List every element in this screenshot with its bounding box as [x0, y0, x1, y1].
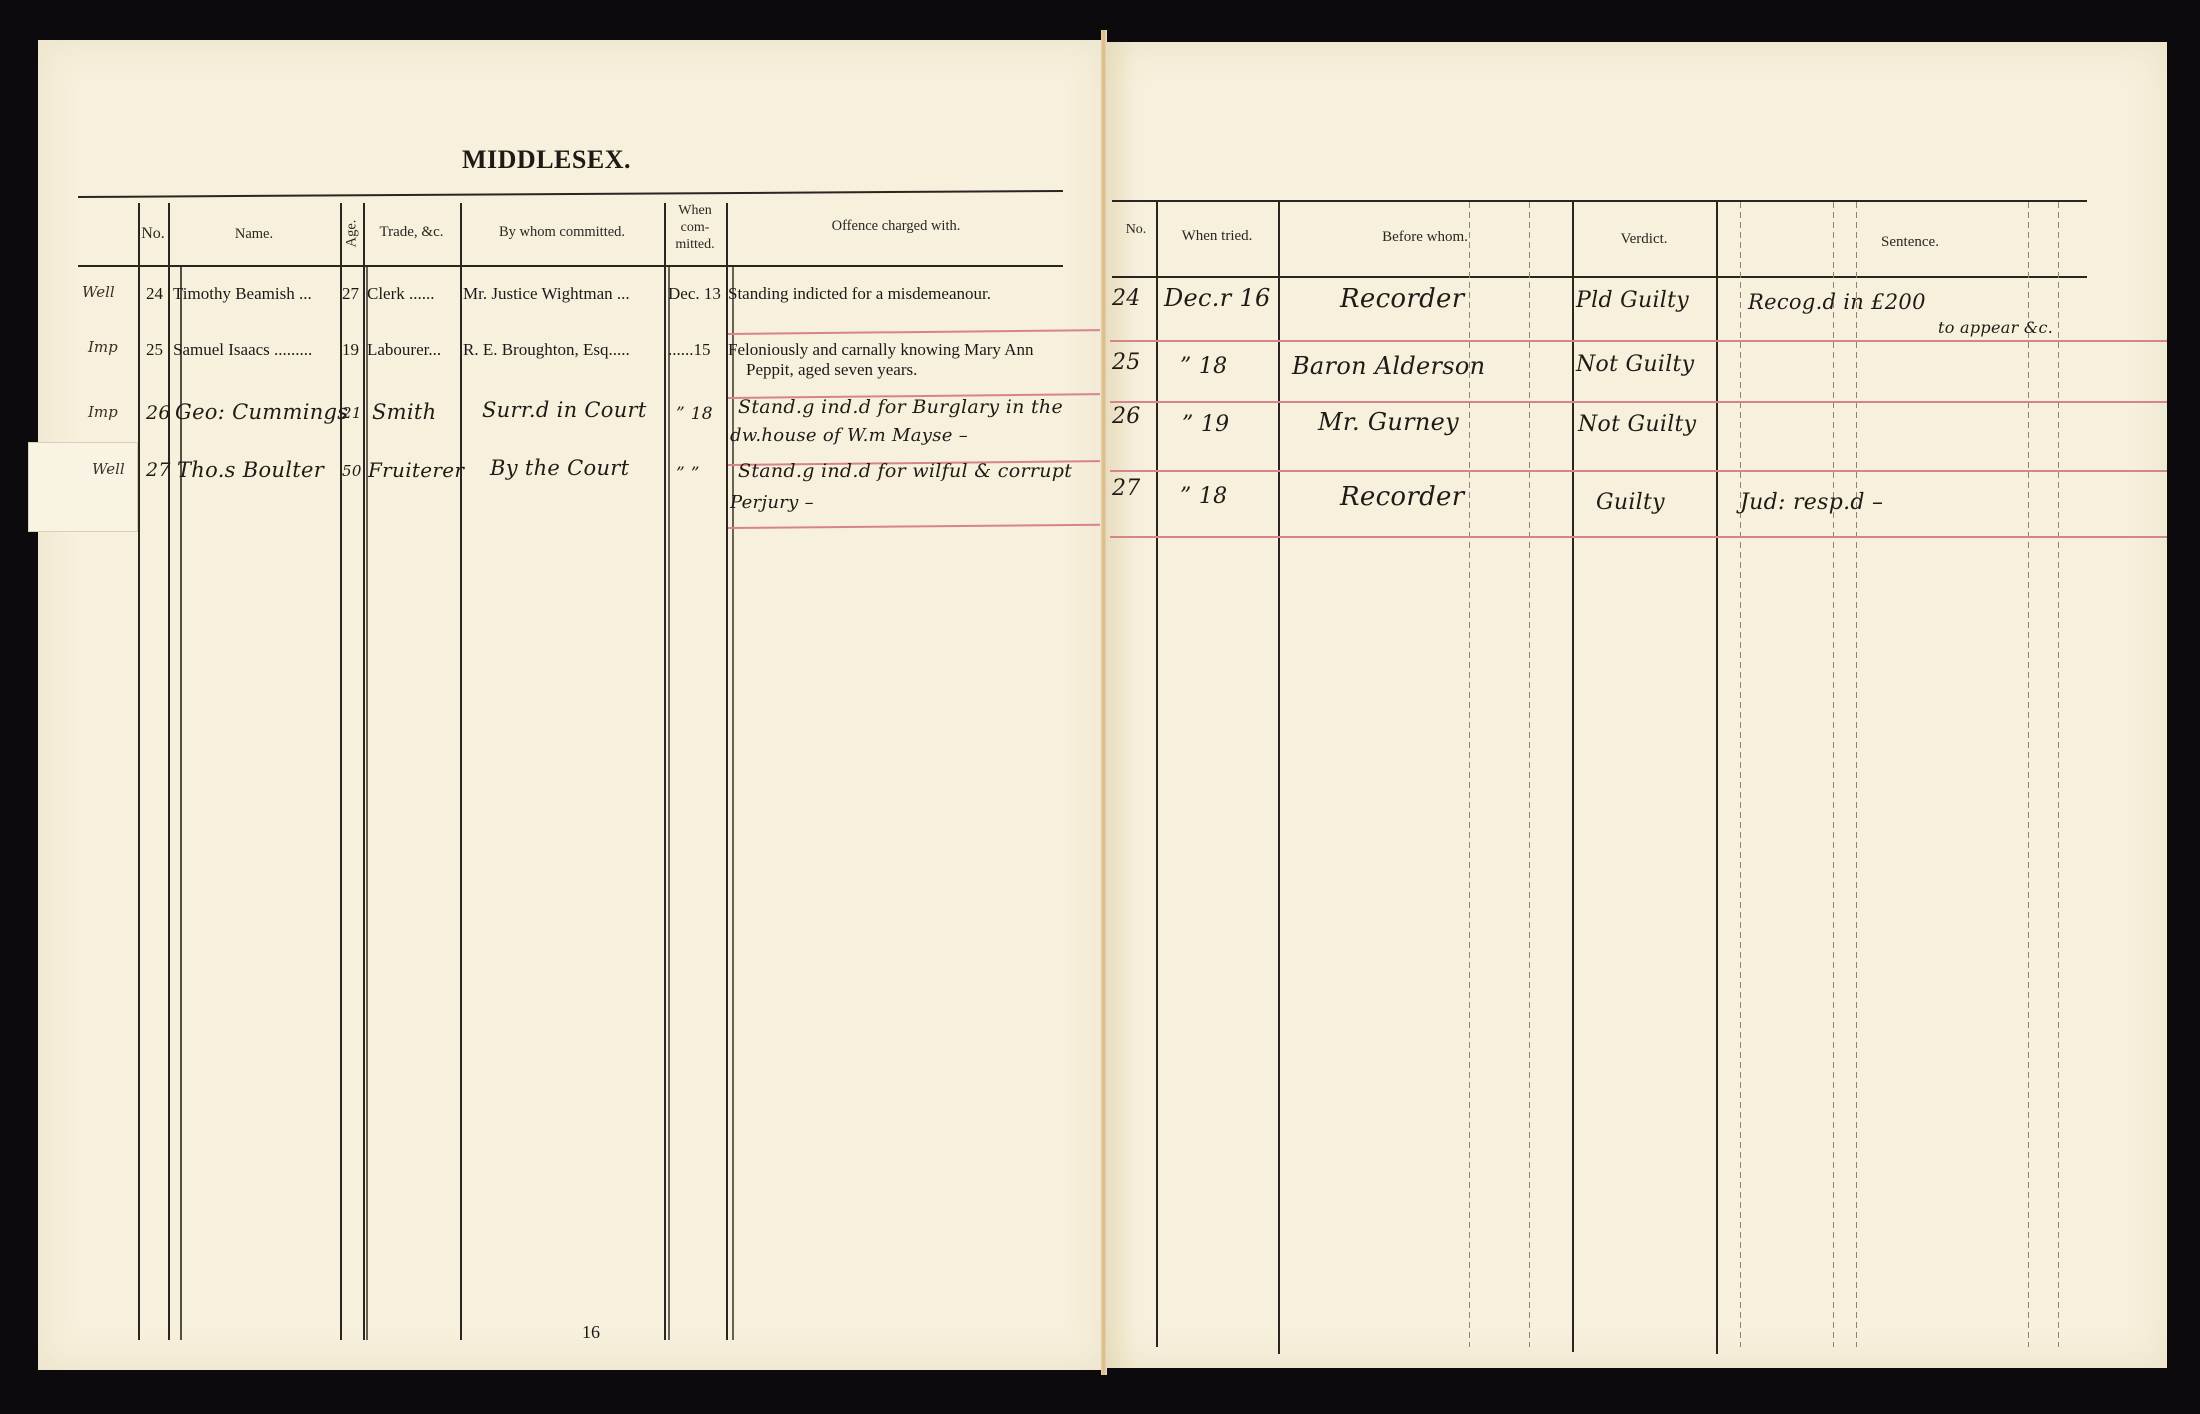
row-verdict: Guilty: [1596, 490, 1665, 515]
row-when-tried: Dec.r 16: [1164, 284, 1271, 312]
row-when-committed: ......15: [668, 340, 711, 360]
page-number: 16: [582, 1322, 600, 1343]
county-title: MIDDLESEX.: [462, 145, 631, 175]
row-age: 50: [342, 462, 362, 480]
header-line: com-: [664, 219, 726, 236]
column-divider: [168, 203, 170, 1340]
red-row-rule: [1110, 401, 2167, 403]
column-divider-dashed: [1740, 202, 1741, 1347]
col-header-no: No.: [1116, 222, 1156, 238]
col-header-trade: Trade, &c.: [363, 224, 460, 241]
column-divider: [180, 265, 182, 1340]
row-when-committed: ” 18: [676, 404, 713, 424]
row-age: 19: [342, 340, 359, 360]
col-header-verdict: Verdict.: [1572, 231, 1716, 248]
row-no: 25: [146, 340, 163, 360]
row-when-tried: ” 18: [1180, 484, 1227, 509]
red-row-rule: [1110, 340, 2167, 342]
col-header-offence: Offence charged with.: [726, 218, 1066, 235]
column-divider: [668, 265, 670, 1340]
col-header-age: Age.: [344, 217, 361, 251]
col-header-sentence: Sentence.: [1830, 234, 1990, 251]
row-trade: Clerk ......: [367, 284, 435, 304]
row-offence: Stand.g ind.d for wilful & corrupt: [738, 460, 1072, 482]
margin-note: Imp: [88, 403, 118, 421]
column-divider-dashed: [1856, 202, 1857, 1347]
column-divider: [1716, 202, 1718, 1354]
row-no: 27: [146, 459, 171, 481]
col-header-by-whom: By whom committed.: [460, 224, 664, 241]
column-divider: [1572, 202, 1574, 1352]
header-bottom-rule: [78, 265, 1063, 267]
row-offence-continued: Peppit, aged seven years.: [746, 360, 917, 380]
pasted-paper-slip: [28, 442, 138, 532]
column-divider: [664, 203, 666, 1340]
row-by-whom: Surr.d in Court: [482, 398, 647, 422]
column-divider-dashed: [1529, 202, 1530, 1347]
row-before-whom: Baron Alderson: [1292, 352, 1485, 380]
red-row-rule: [1110, 536, 2167, 538]
row-when-tried: ” 19: [1182, 412, 1229, 437]
column-divider-dashed: [1833, 202, 1834, 1347]
row-name: Timothy Beamish ...: [173, 284, 312, 304]
row-trade: Fruiterer: [368, 458, 464, 482]
row-no: 26: [146, 402, 171, 424]
row-no: 24: [1112, 286, 1141, 311]
row-no: 25: [1112, 350, 1141, 375]
red-row-rule: [1110, 470, 2167, 472]
row-offence-continued: dw.house of W.m Mayse –: [730, 425, 968, 446]
col-header-when-committed: When com- mitted.: [664, 202, 726, 253]
column-divider: [340, 203, 342, 1340]
row-sentence-continued: to appear &c.: [1938, 318, 2053, 337]
margin-note: Well: [82, 283, 115, 301]
col-header-when-tried: When tried.: [1156, 228, 1278, 245]
row-when-committed: Dec. 13: [668, 284, 721, 304]
col-header-before-whom: Before whom.: [1278, 229, 1572, 246]
row-when-committed: ” ”: [676, 464, 700, 484]
row-sentence: Recog.d in £200: [1748, 290, 1926, 314]
column-divider: [726, 203, 728, 1340]
row-by-whom: R. E. Broughton, Esq.....: [463, 340, 630, 360]
row-age: 21: [342, 404, 362, 422]
margin-note: Well: [92, 460, 125, 478]
row-age: 27: [342, 284, 359, 304]
row-by-whom: Mr. Justice Wightman ...: [463, 284, 630, 304]
row-trade: Smith: [372, 400, 436, 424]
row-name: Tho.s Boulter: [177, 458, 324, 482]
row-by-whom: By the Court: [490, 456, 629, 480]
row-offence-continued: Perjury –: [730, 492, 814, 513]
header-line: When: [664, 202, 726, 219]
row-offence: Feloniously and carnally knowing Mary An…: [728, 340, 1034, 360]
row-verdict: Not Guilty: [1578, 412, 1696, 437]
column-divider-dashed: [2058, 202, 2059, 1347]
row-name: Samuel Isaacs .........: [173, 340, 312, 360]
row-name: Geo: Cummings: [175, 400, 348, 424]
column-divider: [460, 203, 462, 1340]
header-line: mitted.: [664, 236, 726, 253]
row-verdict: Not Guilty: [1576, 352, 1694, 377]
row-offence: Stand.g ind.d for Burglary in the: [738, 396, 1063, 418]
row-sentence: Jud: resp.d –: [1740, 490, 1883, 515]
col-header-name: Name.: [168, 226, 340, 243]
column-divider: [366, 265, 368, 1340]
row-before-whom: Mr. Gurney: [1318, 408, 1459, 436]
header-bottom-rule: [1112, 276, 2087, 278]
margin-note: Imp: [88, 338, 118, 356]
column-divider: [1278, 202, 1280, 1354]
row-no: 24: [146, 284, 163, 304]
row-no: 26: [1112, 404, 1141, 429]
row-no: 27: [1112, 476, 1141, 501]
row-when-tried: ” 18: [1180, 354, 1227, 379]
row-verdict: Pld Guilty: [1576, 288, 1689, 313]
row-before-whom: Recorder: [1340, 284, 1464, 314]
column-divider: [363, 203, 365, 1340]
header-top-rule: [1112, 200, 2087, 202]
row-trade: Labourer...: [367, 340, 441, 360]
column-divider: [138, 203, 140, 1340]
row-before-whom: Recorder: [1340, 482, 1464, 512]
col-header-no: No.: [138, 225, 168, 243]
column-divider: [1156, 202, 1158, 1347]
row-offence: Standing indicted for a misdemeanour.: [728, 284, 991, 304]
column-divider-dashed: [2028, 202, 2029, 1347]
